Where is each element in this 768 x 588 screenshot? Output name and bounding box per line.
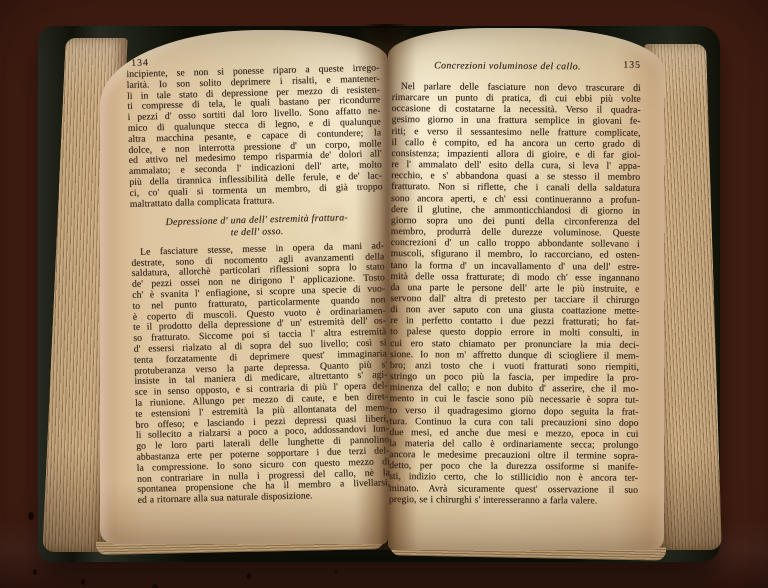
right-paragraph: Nel parlare delle fasciature non devo tr… bbox=[389, 81, 641, 507]
left-paragraph-2: Le fasciature stesse, messe in opera da … bbox=[131, 241, 391, 507]
left-page-text: 134 incipiente, se non si ponesse riparo… bbox=[126, 51, 391, 506]
page-number-right: 135 bbox=[623, 60, 641, 71]
left-paragraph-1: incipiente, se non si ponesse riparo a q… bbox=[126, 63, 383, 210]
running-header-title: Concrezioni voluminose del callo. bbox=[434, 60, 581, 72]
wood-worm-holes bbox=[28, 512, 34, 520]
section-heading: Depressione d' una dell' estremità fratt… bbox=[130, 212, 383, 241]
text-line: pregio, se i chirurghi s' interesseranno… bbox=[389, 494, 638, 507]
photo-scene: 134 incipiente, se non si ponesse riparo… bbox=[0, 0, 768, 588]
right-page-text: Concrezioni voluminose del callo. 135 Ne… bbox=[389, 60, 641, 507]
running-header: Concrezioni voluminose del callo. 135 bbox=[392, 60, 641, 73]
